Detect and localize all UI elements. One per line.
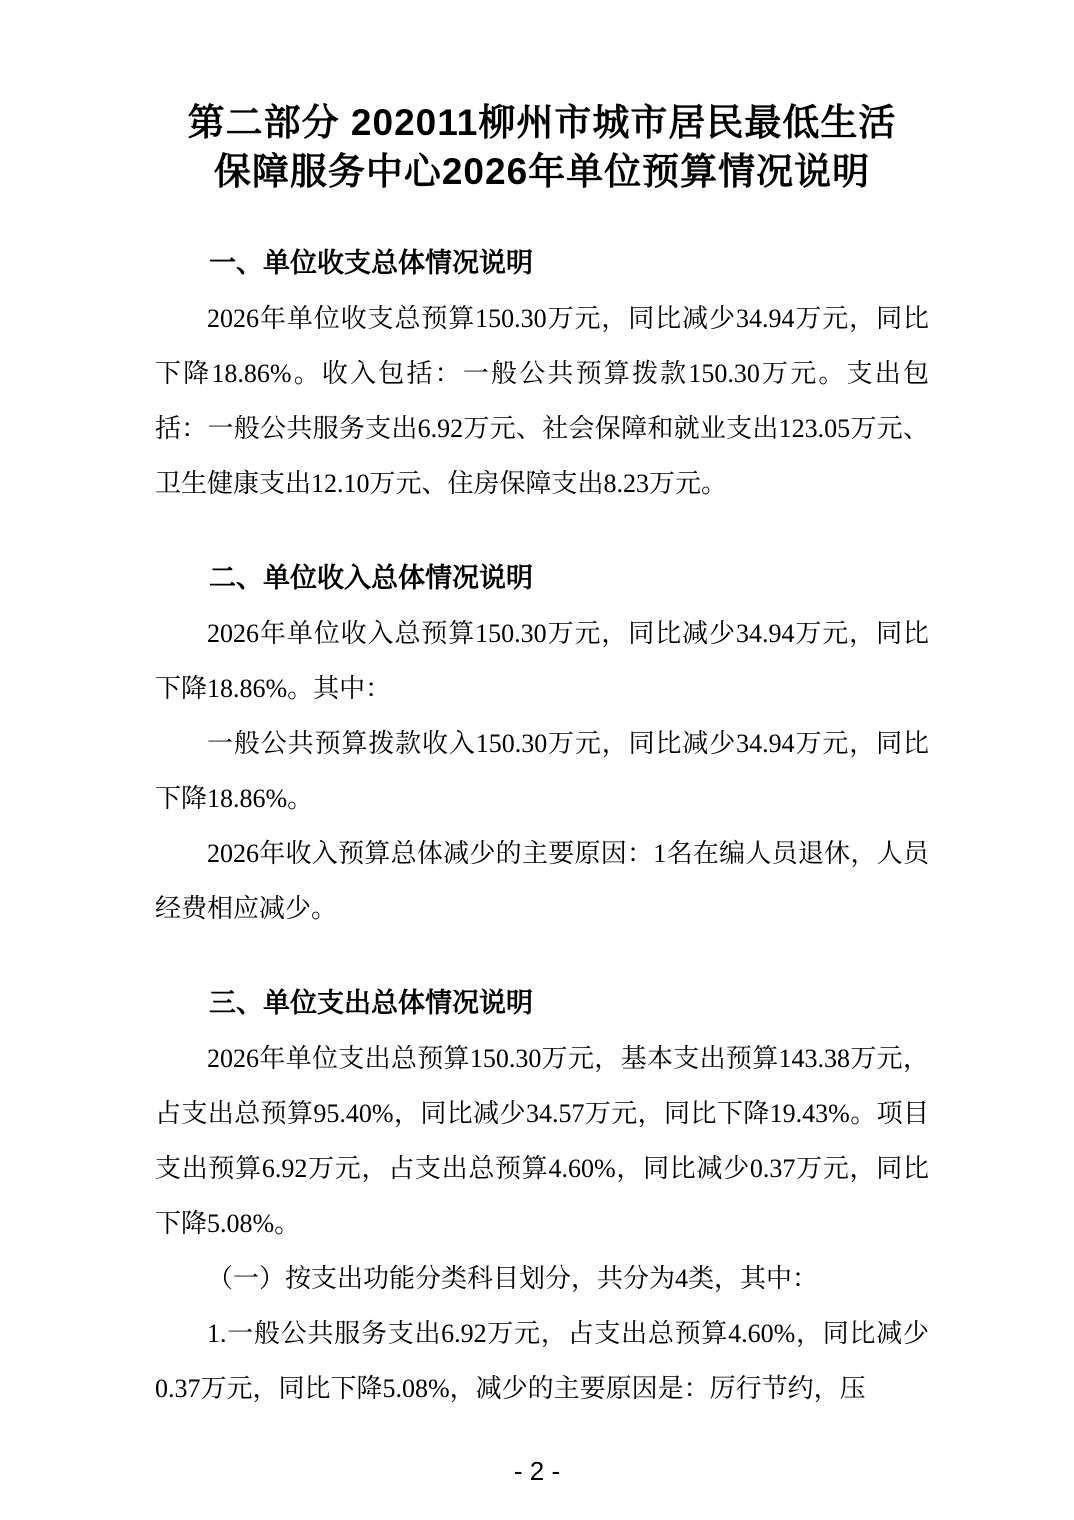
section-revenue-overview: 二、单位收入总体情况说明 2026年单位收入总预算150.30万元，同比减少34… (155, 551, 929, 936)
paragraph: 2026年单位收支总预算150.30万元，同比减少34.94万元，同比下降18.… (155, 291, 929, 511)
section-heading-3: 三、单位支出总体情况说明 (155, 976, 929, 1031)
page-number: - 2 - (0, 1456, 1074, 1486)
section-heading-1: 一、单位收支总体情况说明 (155, 236, 929, 291)
paragraph: 2026年收入预算总体减少的主要原因：1名在编人员退休，人员经费相应减少。 (155, 826, 929, 936)
paragraph: 1.一般公共服务支出6.92万元，占支出总预算4.60%，同比减少0.37万元，… (155, 1306, 929, 1416)
paragraph: 2026年单位支出总预算150.30万元，基本支出预算143.38万元，占支出总… (155, 1031, 929, 1251)
paragraph: 2026年单位收入总预算150.30万元，同比减少34.94万元，同比下降18.… (155, 606, 929, 716)
section-revenue-expenditure-overview: 一、单位收支总体情况说明 2026年单位收支总预算150.30万元，同比减少34… (155, 236, 929, 511)
section-heading-2: 二、单位收入总体情况说明 (155, 551, 929, 606)
page-title-line-1: 第二部分 202011柳州市城市居民最低生活 (188, 102, 897, 143)
section-expenditure-overview: 三、单位支出总体情况说明 2026年单位支出总预算150.30万元，基本支出预算… (155, 976, 929, 1416)
page-title-line-2: 保障服务中心2026年单位预算情况说明 (214, 151, 870, 192)
document-page: { "colors": { "text": "#000000", "backgr… (0, 0, 1074, 1520)
page-title: 第二部分 202011柳州市城市居民最低生活保障服务中心2026年单位预算情况说… (155, 98, 929, 196)
paragraph: 一般公共预算拨款收入150.30万元，同比减少34.94万元，同比下降18.86… (155, 716, 929, 826)
document-content: 第二部分 202011柳州市城市居民最低生活保障服务中心2026年单位预算情况说… (0, 0, 1074, 1416)
paragraph: （一）按支出功能分类科目划分，共分为4类，其中： (155, 1251, 929, 1306)
